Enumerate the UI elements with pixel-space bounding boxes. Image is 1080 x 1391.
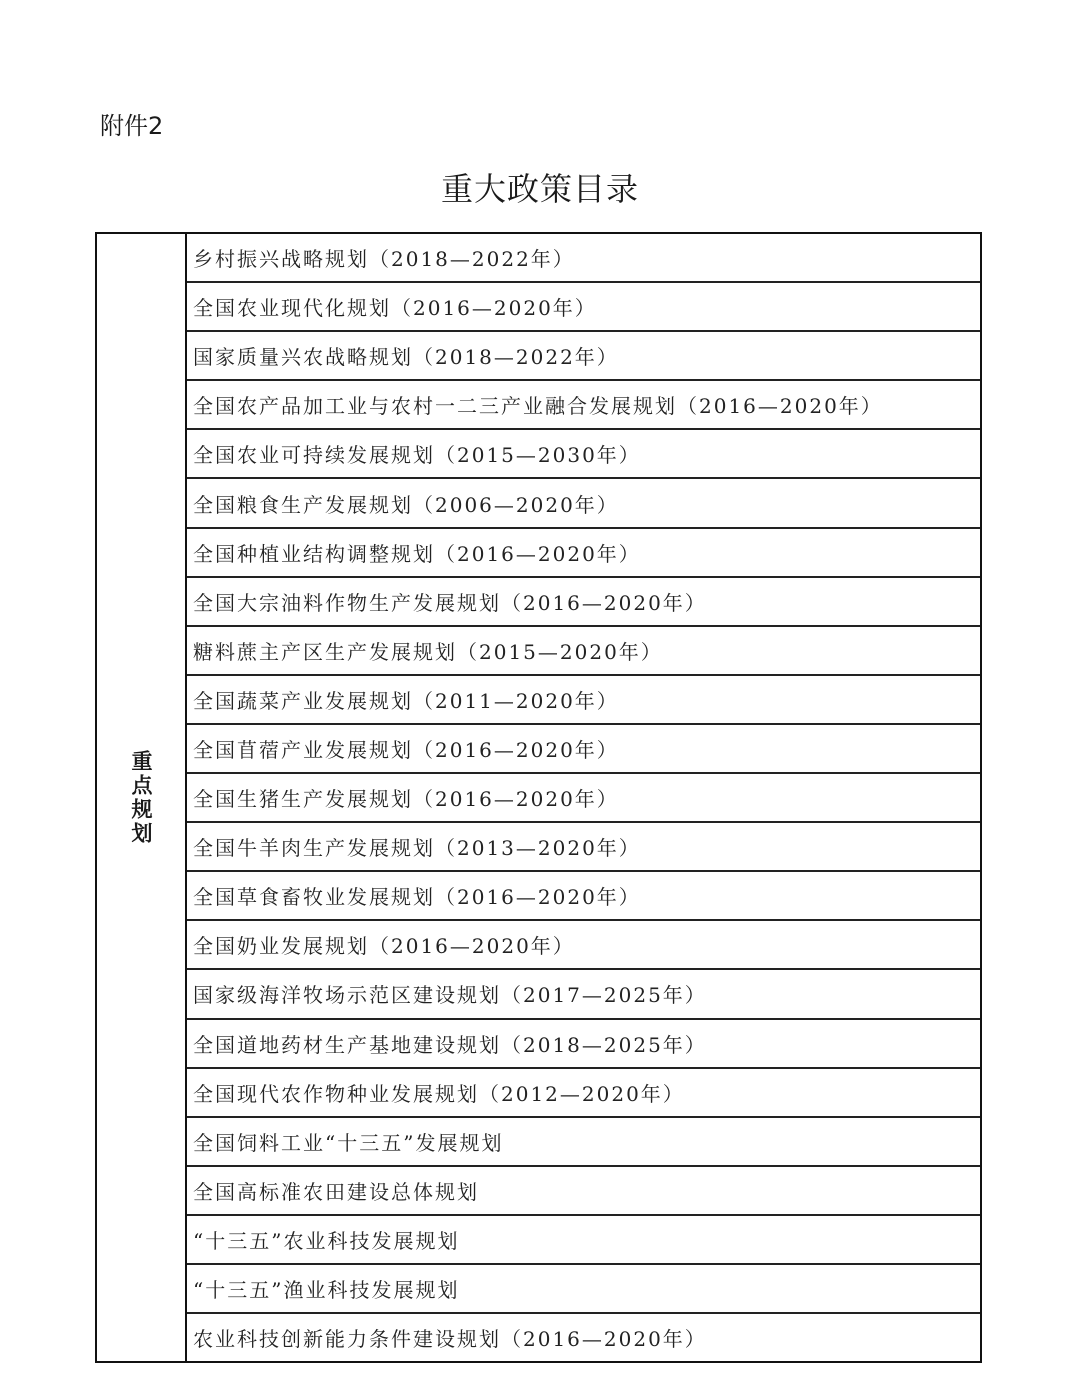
- table-row: 全国道地药材生产基地建设规划（2018—2025年）: [187, 1020, 980, 1069]
- table-row: 全国饲料工业“十三五”发展规划: [187, 1118, 980, 1167]
- table-row: “十三五”渔业科技发展规划: [187, 1265, 980, 1314]
- table-row: 全国奶业发展规划（2016—2020年）: [187, 921, 980, 970]
- attachment-label: 附件2: [100, 106, 163, 141]
- table-row: 全国种植业结构调整规划（2016—2020年）: [187, 529, 980, 578]
- table-row: 全国农业现代化规划（2016—2020年）: [187, 283, 980, 332]
- table-row: 乡村振兴战略规划（2018—2022年）: [187, 234, 980, 283]
- page-title: 重大政策目录: [0, 164, 1080, 210]
- table-row: 糖料蔗主产区生产发展规划（2015—2020年）: [187, 627, 980, 676]
- table-row: 农业科技创新能力条件建设规划（2016—2020年）: [187, 1314, 980, 1361]
- table-row: 全国苜蓿产业发展规划（2016—2020年）: [187, 725, 980, 774]
- table-row: 全国蔬菜产业发展规划（2011—2020年）: [187, 676, 980, 725]
- table-row: 国家质量兴农战略规划（2018—2022年）: [187, 332, 980, 381]
- category-label: 重点规划: [126, 750, 156, 846]
- policy-table: 重点规划 乡村振兴战略规划（2018—2022年） 全国农业现代化规划（2016…: [95, 232, 982, 1363]
- table-row: 全国高标准农田建设总体规划: [187, 1167, 980, 1216]
- table-row: 全国农产品加工业与农村一二三产业融合发展规划（2016—2020年）: [187, 381, 980, 430]
- table-row: “十三五”农业科技发展规划: [187, 1216, 980, 1265]
- table-row: 全国生猪生产发展规划（2016—2020年）: [187, 774, 980, 823]
- table-row: 全国草食畜牧业发展规划（2016—2020年）: [187, 872, 980, 921]
- table-row: 国家级海洋牧场示范区建设规划（2017—2025年）: [187, 970, 980, 1019]
- table-row: 全国大宗油料作物生产发展规划（2016—2020年）: [187, 578, 980, 627]
- table-row: 全国粮食生产发展规划（2006—2020年）: [187, 479, 980, 528]
- table-row: 全国牛羊肉生产发展规划（2013—2020年）: [187, 823, 980, 872]
- table-row: 全国农业可持续发展规划（2015—2030年）: [187, 430, 980, 479]
- category-cell: 重点规划: [97, 234, 187, 1361]
- policy-list: 乡村振兴战略规划（2018—2022年） 全国农业现代化规划（2016—2020…: [187, 234, 980, 1361]
- table-row: 全国现代农作物种业发展规划（2012—2020年）: [187, 1069, 980, 1118]
